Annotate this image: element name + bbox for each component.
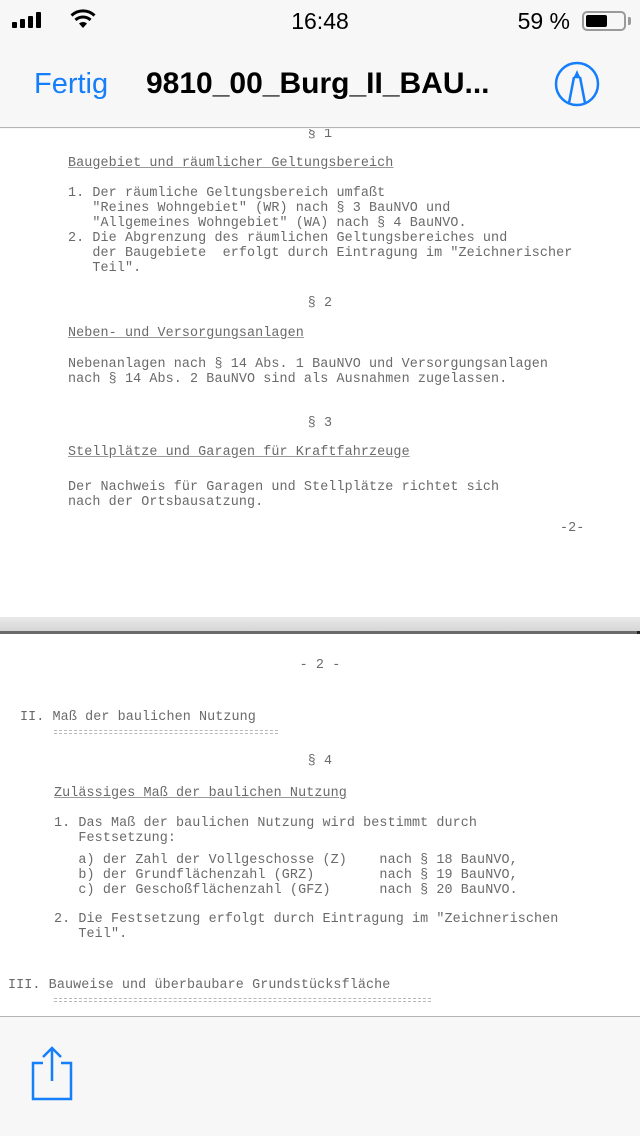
section-1-line-3: "Allgemeines Wohngebiet" (WA) nach § 4 B… — [68, 216, 467, 232]
section-4-subitem-c: c) der Geschoßflächenzahl (GFZ) nach § 2… — [54, 883, 518, 899]
pdf-page-2: - 2 - II. Maß der baulichen Nutzung § 4 … — [0, 634, 640, 1016]
document-title: 9810_00_Burg_II_BAU... — [146, 67, 531, 101]
section-3-heading: Stellplätze und Garagen für Kraftfahrzeu… — [68, 445, 410, 461]
markup-pen-icon[interactable] — [554, 61, 600, 107]
section-marker-2: § 2 — [0, 296, 640, 312]
chapter-2-double-underline — [54, 730, 278, 734]
section-4-item-1-line-1: 1. Das Maß der baulichen Nutzung wird be… — [54, 816, 477, 832]
battery-tip — [628, 17, 631, 25]
section-1-heading: Baugebiet und räumlicher Geltungsbereich — [68, 156, 393, 172]
status-bar: 16:48 59 % — [0, 0, 640, 40]
section-2-line-2: nach § 14 Abs. 2 BauNVO sind als Ausnahm… — [68, 372, 507, 388]
chapter-2-heading: II. Maß der baulichen Nutzung — [20, 710, 256, 726]
section-1-line-4: 2. Die Abgrenzung des räumlichen Geltung… — [68, 231, 507, 247]
chapter-3-heading: III. Bauweise und überbaubare Grundstück… — [8, 978, 390, 994]
section-4-subitem-b: b) der Grundflächenzahl (GRZ) nach § 19 … — [54, 868, 518, 884]
chapter-3-double-underline — [54, 998, 431, 1002]
section-marker-1: § 1 — [0, 129, 640, 143]
page-number: - 2 - — [0, 658, 640, 674]
navigation-bar: Fertig 9810_00_Burg_II_BAU... — [0, 40, 640, 128]
section-4-subitem-a: a) der Zahl der Vollgeschosse (Z) nach §… — [54, 853, 518, 869]
pdf-document-view[interactable]: § 1 Baugebiet und räumlicher Geltungsber… — [0, 129, 640, 1016]
section-3-line-1: Der Nachweis für Garagen und Stellplätze… — [68, 480, 499, 496]
section-3-line-2: nach der Ortsbausatzung. — [68, 495, 263, 511]
section-4-item-1-line-2: Festsetzung: — [54, 831, 176, 847]
battery-icon — [582, 11, 626, 31]
section-1-line-5: der Baugebiete erfolgt durch Eintragung … — [68, 246, 572, 262]
section-2-line-1: Nebenanlagen nach § 14 Abs. 1 BauNVO und… — [68, 357, 548, 373]
battery-percent: 59 % — [518, 8, 570, 35]
section-1-line-2: "Reines Wohngebiet" (WR) nach § 3 BauNVO… — [68, 201, 450, 217]
section-1-line-6: Teil". — [68, 261, 141, 277]
page-continuation-marker: -2- — [560, 521, 584, 537]
share-icon[interactable] — [30, 1045, 74, 1101]
page-separator — [0, 617, 640, 631]
section-1-line-1: 1. Der räumliche Geltungsbereich umfaßt — [68, 186, 385, 202]
section-marker-4: § 4 — [0, 754, 640, 770]
section-marker-3: § 3 — [0, 416, 640, 432]
section-2-heading: Neben- und Versorgungsanlagen — [68, 326, 304, 342]
section-4-item-2-line-2: Teil". — [54, 927, 127, 943]
section-4-heading: Zulässiges Maß der baulichen Nutzung — [54, 786, 347, 802]
bottom-toolbar — [0, 1016, 640, 1136]
section-4-item-2-line-1: 2. Die Festsetzung erfolgt durch Eintrag… — [54, 912, 558, 928]
pdf-page-1: § 1 Baugebiet und räumlicher Geltungsber… — [0, 129, 640, 617]
done-button[interactable]: Fertig — [34, 68, 108, 101]
chapter-2-heading-text: II. Maß der baulichen Nutzung — [20, 710, 256, 725]
